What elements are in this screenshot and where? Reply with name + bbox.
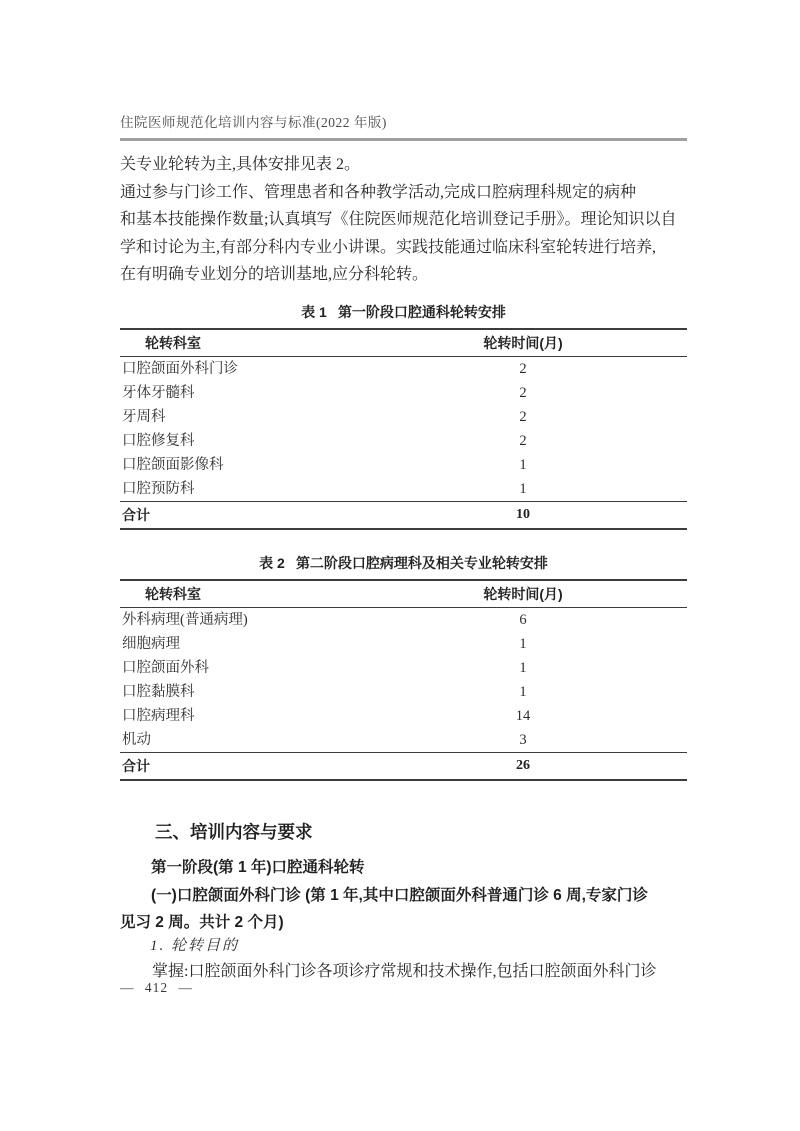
department-cell: 细胞病理 [120, 632, 423, 656]
table1-col-months: 轮转时间(月) [423, 330, 623, 356]
table-row: 口腔颌面外科 1 [120, 656, 687, 680]
intro-continuation-line: 关专业轮转为主,具体安排见表 2。 [120, 151, 687, 179]
department-cell: 机动 [120, 728, 423, 752]
table2-total-row: 合计 26 [120, 752, 687, 781]
department-cell: 牙周科 [120, 405, 423, 429]
table-row: 口腔颌面影像科 1 [120, 453, 687, 477]
table2-col-department: 轮转科室 [120, 581, 423, 607]
department-cell: 口腔颌面外科 [120, 656, 423, 680]
months-cell: 1 [423, 453, 623, 477]
table-row: 口腔病理科 14 [120, 704, 687, 728]
table-row: 机动 3 [120, 728, 687, 752]
table2-body: 外科病理(普通病理) 6 细胞病理 1 口腔颌面外科 1 口腔黏膜科 1 [120, 608, 687, 752]
table-row: 口腔修复科 2 [120, 429, 687, 453]
table1-header-row: 轮转科室 轮转时间(月) [120, 328, 687, 357]
table1-body: 口腔颌面外科门诊 2 牙体牙髓科 2 牙周科 2 口腔修复科 2 [120, 357, 687, 501]
total-label: 合计 [120, 502, 423, 528]
table2-header-row: 轮转科室 轮转时间(月) [120, 579, 687, 608]
clinic-subheading-line2: 见习 2 周。共计 2 个月) [120, 909, 687, 936]
mastery-body-line: 掌握:口腔颌面外科门诊各项诊疗常规和技术操作,包括口腔颌面外科门诊 [120, 959, 687, 985]
department-cell: 外科病理(普通病理) [120, 608, 423, 632]
document-page: 住院医师规范化培训内容与标准(2022 年版) 关专业轮转为主,具体安排见表 2… [0, 0, 800, 1131]
table1-block: 表 1第一阶段口腔通科轮转安排 轮转科室 轮转时间(月) 口腔颌面外科门诊 2 … [120, 302, 687, 530]
table2-title-label: 表 2 [259, 555, 285, 571]
months-cell: 1 [423, 477, 623, 501]
department-cell: 口腔颌面影像科 [120, 453, 423, 477]
paragraph-line: 通过参与门诊工作、管理患者和各种教学活动,完成口腔病理科规定的病种 [120, 179, 687, 207]
running-head: 住院医师规范化培训内容与标准(2022 年版) [120, 111, 687, 141]
table-row: 细胞病理 1 [120, 632, 687, 656]
department-cell: 口腔颌面外科门诊 [120, 357, 423, 381]
rotation-purpose-item: 1. 轮转目的 [120, 936, 687, 957]
running-head-title: 住院医师规范化培训内容与标准(2022 年版) [120, 111, 687, 131]
months-cell: 1 [423, 632, 623, 656]
page-number: — 412 — [120, 980, 193, 995]
months-cell: 6 [423, 608, 623, 632]
intro-paragraph: 通过参与门诊工作、管理患者和各种教学活动,完成口腔病理科规定的病种 和基本技能操… [120, 179, 687, 289]
table-row: 外科病理(普通病理) 6 [120, 608, 687, 632]
paragraph-line: 和基本技能操作数量;认真填写《住院医师规范化培训登记手册》。理论知识以自 [120, 206, 687, 234]
table1-title-text: 第一阶段口腔通科轮转安排 [338, 304, 506, 320]
months-cell: 2 [423, 429, 623, 453]
table1-title: 表 1第一阶段口腔通科轮转安排 [120, 302, 687, 323]
training-content-section: 三、培训内容与要求 第一阶段(第 1 年)口腔通科轮转 (一)口腔颌面外科门诊 … [120, 820, 687, 985]
page-footer: — 412 — [120, 980, 193, 996]
table-row: 口腔黏膜科 1 [120, 680, 687, 704]
table2-title: 表 2第二阶段口腔病理科及相关专业轮转安排 [120, 553, 687, 574]
intro-section: 关专业轮转为主,具体安排见表 2。 通过参与门诊工作、管理患者和各种教学活动,完… [120, 151, 687, 289]
table-row: 口腔颌面外科门诊 2 [120, 357, 687, 381]
months-cell: 2 [423, 381, 623, 405]
clinic-subheading-line1: (一)口腔颌面外科门诊 (第 1 年,其中口腔颌面外科普通门诊 6 周,专家门诊 [120, 882, 687, 909]
months-cell: 1 [423, 680, 623, 704]
department-cell: 牙体牙髓科 [120, 381, 423, 405]
department-cell: 口腔修复科 [120, 429, 423, 453]
total-value: 10 [423, 502, 623, 528]
months-cell: 3 [423, 728, 623, 752]
months-cell: 2 [423, 357, 623, 381]
department-cell: 口腔预防科 [120, 477, 423, 501]
table-row: 口腔预防科 1 [120, 477, 687, 501]
clinic-subheading: (一)口腔颌面外科门诊 (第 1 年,其中口腔颌面外科普通门诊 6 周,专家门诊… [120, 882, 687, 936]
paragraph-line: 在有明确专业划分的培训基地,应分科轮转。 [120, 261, 687, 289]
total-value: 26 [423, 753, 623, 779]
section-heading: 三、培训内容与要求 [120, 820, 687, 844]
table1-total-row: 合计 10 [120, 501, 687, 530]
months-cell: 2 [423, 405, 623, 429]
total-label: 合计 [120, 753, 423, 779]
table2-title-text: 第二阶段口腔病理科及相关专业轮转安排 [296, 555, 548, 571]
table1-col-department: 轮转科室 [120, 330, 423, 356]
months-cell: 1 [423, 656, 623, 680]
paragraph-line: 学和讨论为主,有部分科内专业小讲课。实践技能通过临床科室轮转进行培养, [120, 234, 687, 262]
table-row: 牙体牙髓科 2 [120, 381, 687, 405]
table2-block: 表 2第二阶段口腔病理科及相关专业轮转安排 轮转科室 轮转时间(月) 外科病理(… [120, 553, 687, 781]
department-cell: 口腔病理科 [120, 704, 423, 728]
table1-title-label: 表 1 [301, 304, 327, 320]
table-row: 牙周科 2 [120, 405, 687, 429]
stage1-subheading: 第一阶段(第 1 年)口腔通科轮转 [120, 857, 687, 879]
department-cell: 口腔黏膜科 [120, 680, 423, 704]
table2-col-months: 轮转时间(月) [423, 581, 623, 607]
months-cell: 14 [423, 704, 623, 728]
